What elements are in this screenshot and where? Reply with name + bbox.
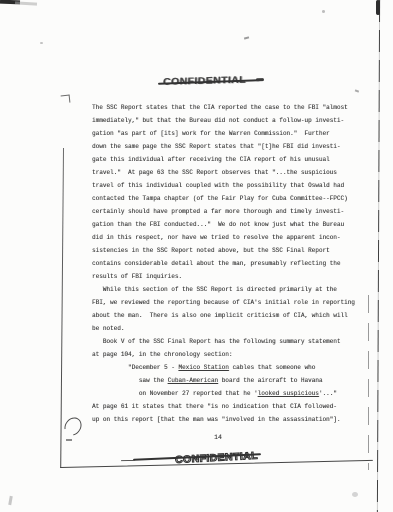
pen-circle-dash: [66, 439, 72, 441]
pen-circle-mark: [61, 414, 85, 439]
scan-speck: [244, 36, 249, 39]
page-number: 14: [214, 434, 222, 441]
scan-artifact-corner-smudge: [15, 1, 37, 5]
document-page: CONFIDENTIAL The SSC Report states that …: [0, 0, 393, 512]
document-body-text: The SSC Report states that the CIA repor…: [92, 101, 355, 426]
scan-speck: [8, 496, 13, 505]
scan-speck: [322, 10, 325, 13]
scan-speck: [40, 42, 43, 44]
page-edge-line-right: [377, 0, 381, 512]
scan-speck: [352, 492, 358, 497]
scan-speck: [355, 89, 359, 92]
page-edge-line-right-faint: [368, 295, 369, 470]
pen-corner-mark: [61, 95, 71, 104]
page-edge-mark: [376, 0, 380, 15]
page-edge-line-left: [60, 148, 64, 468]
